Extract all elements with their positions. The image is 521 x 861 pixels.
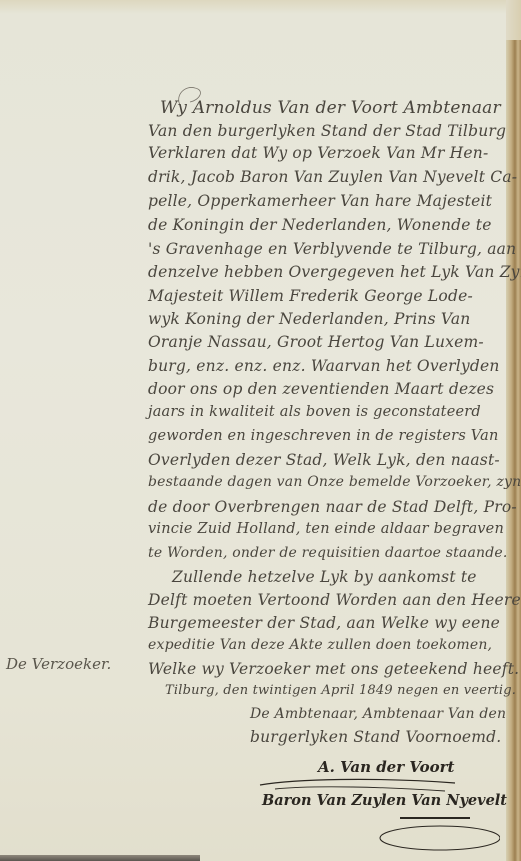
text-line: Overlyden dezer Stad, Welk Lyk, den naas… — [148, 451, 500, 469]
book-binding-top — [506, 0, 521, 40]
text-line: pelle, Opperkamerheer Van hare Majesteit — [148, 192, 492, 210]
book-binding — [506, 0, 521, 861]
text-line: bestaande dagen van Onze bemelde Vorzoek… — [148, 474, 521, 490]
text-line: expeditie Van deze Akte zullen doen toek… — [148, 637, 492, 653]
text-line: geworden en ingeschreven in de registers… — [148, 428, 499, 444]
text-line: 's Gravenhage en Verblyvende te Tilburg,… — [148, 240, 516, 258]
text-line: drik, Jacob Baron Van Zuylen Van Nyevelt… — [148, 168, 517, 186]
text-line: de Koningin der Nederlanden, Wonende te — [148, 216, 492, 234]
text-line: Van den burgerlyken Stand der Stad Tilbu… — [148, 122, 506, 140]
text-line: wyk Koning der Nederlanden, Prins Van — [148, 310, 470, 328]
text-line: burgerlyken Stand Voornoemd. — [250, 728, 501, 746]
text-line: Verklaren dat Wy op Verzoek Van Mr Hen- — [148, 144, 488, 162]
signature-requester: Baron Van Zuylen Van Nyevelt — [262, 792, 507, 809]
text-line: De Ambtenaar, Ambtenaar Van den — [250, 706, 506, 722]
text-line: Welke wy Verzoeker met ons geteekend hee… — [148, 660, 519, 678]
margin-note: De Verzoeker. — [6, 655, 111, 673]
page-bottom-edge — [0, 855, 200, 861]
text-line: door ons op den zeventienden Maart dezes — [148, 380, 494, 398]
signature-flourish-icon — [370, 810, 500, 855]
text-line: Delft moeten Vertoond Worden aan den Hee… — [148, 591, 521, 609]
text-line: denzelve hebben Overgegeven het Lyk Van … — [148, 263, 521, 281]
text-line: vincie Zuid Holland, ten einde aldaar be… — [148, 521, 504, 537]
text-line: burg, enz. enz. enz. Waarvan het Overlyd… — [148, 357, 500, 375]
text-line: Oranje Nassau, Groot Hertog Van Luxem- — [148, 333, 484, 351]
text-line: Majesteit Willem Frederik George Lode- — [148, 287, 473, 305]
text-line: Tilburg, den twintigen April 1849 negen … — [165, 683, 516, 698]
text-line: jaars in kwaliteit als boven is geconsta… — [148, 404, 481, 420]
signature-official: A. Van der Voort — [318, 758, 454, 776]
page-top-shadow — [0, 0, 506, 14]
text-line: Zullende hetzelve Lyk by aankomst te — [172, 568, 477, 586]
text-line: Burgemeester der Stad, aan Welke wy eene — [148, 614, 500, 632]
text-line: te Worden, onder de requisitien daartoe … — [148, 545, 508, 561]
text-line: Wy Arnoldus Van der Voort Ambtenaar — [160, 98, 501, 118]
text-line: de door Overbrengen naar de Stad Delft, … — [148, 498, 517, 516]
